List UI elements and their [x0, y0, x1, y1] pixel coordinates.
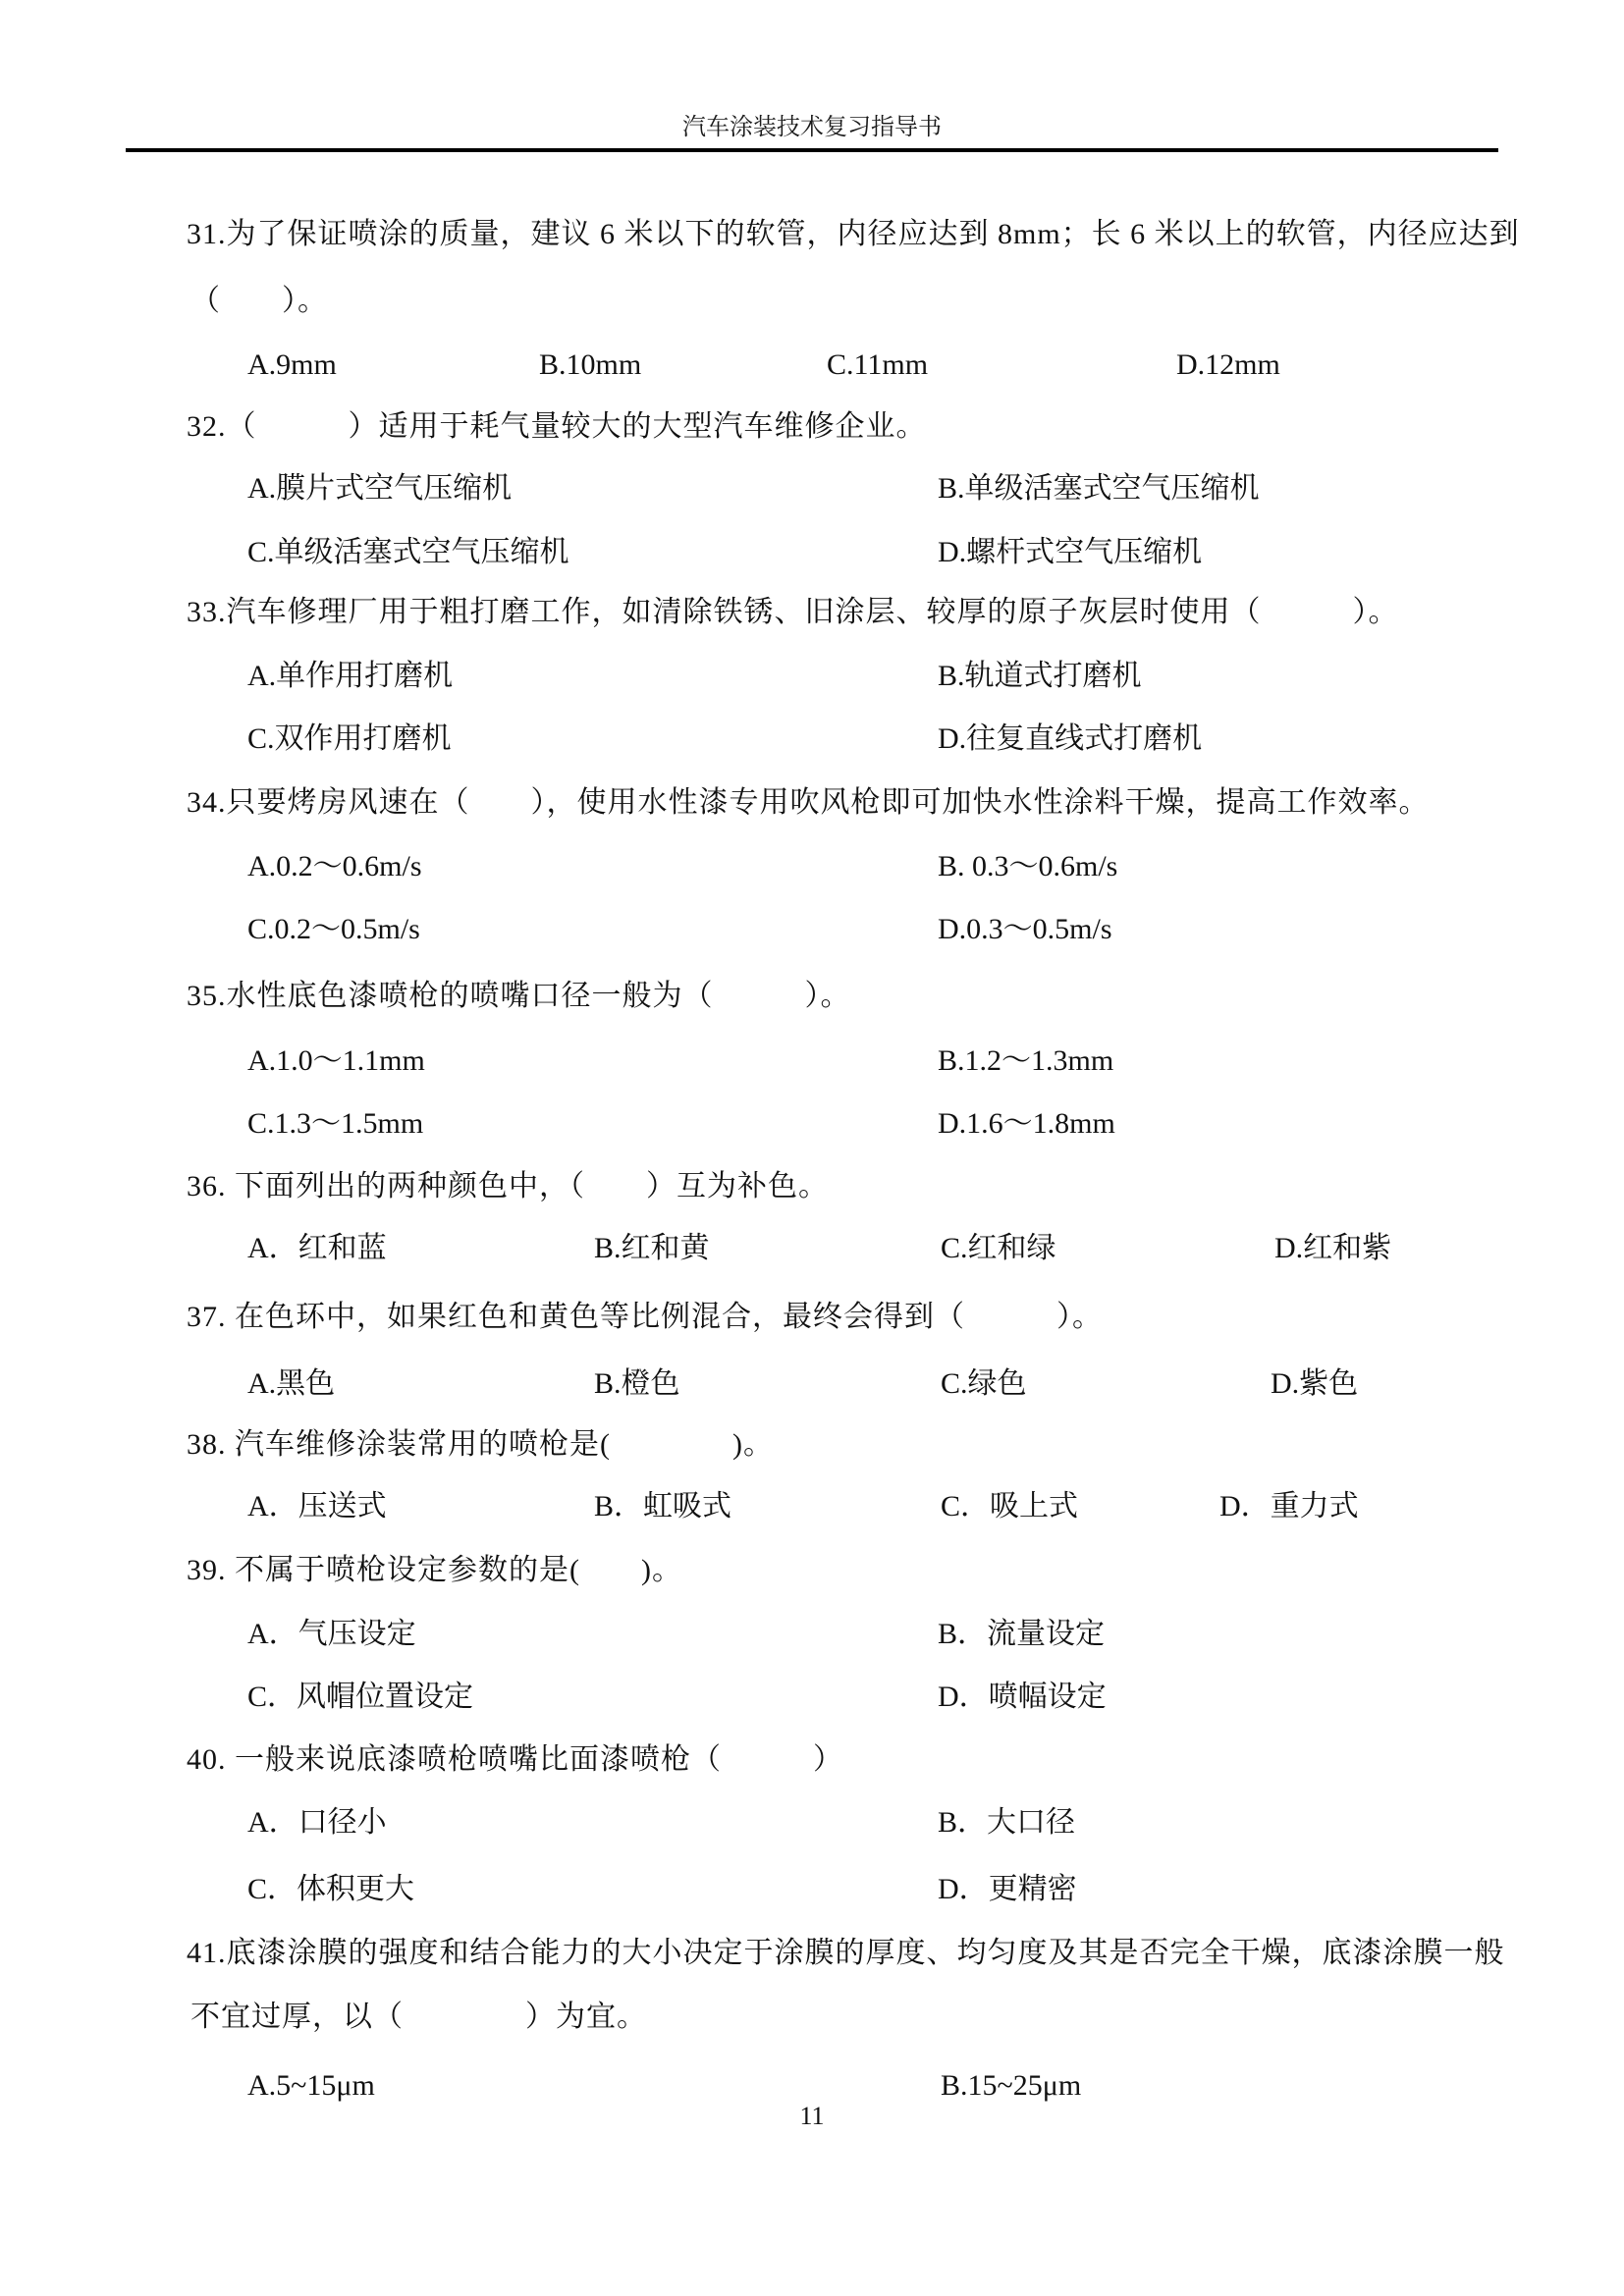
- question-36-stem: 36. 下面列出的两种颜色中，（ ）互为补色。: [187, 1170, 829, 1203]
- question-36-option-c: C.红和绿: [941, 1232, 1056, 1265]
- question-38-option-a: A．压送式: [247, 1490, 387, 1523]
- question-35-option-d: D.1.6～1.8mm: [938, 1107, 1115, 1141]
- question-31-option-b: B.10mm: [539, 348, 641, 382]
- question-37-option-c: C.绿色: [941, 1367, 1027, 1401]
- question-41-option-b: B.15~25μm: [941, 2069, 1081, 2103]
- question-35-option-b: B.1.2～1.3mm: [938, 1044, 1113, 1078]
- question-31-option-d: D.12mm: [1176, 348, 1280, 382]
- question-35-option-c: C.1.3～1.5mm: [247, 1107, 423, 1141]
- question-32-stem: 32.（ ）适用于耗气量较大的大型汽车维修企业。: [187, 410, 927, 444]
- question-37-stem: 37. 在色环中，如果红色和黄色等比例混合，最终会得到（ ）。: [187, 1301, 1103, 1334]
- question-36-option-b: B.红和黄: [594, 1232, 710, 1265]
- question-34-option-c: C.0.2～0.5m/s: [247, 913, 420, 946]
- question-37-option-d: D.紫色: [1271, 1367, 1358, 1401]
- question-31-stem-line2: （ ）。: [190, 285, 328, 318]
- question-40-stem: 40. 一般来说底漆喷枪喷嘴比面漆喷枪（ ）: [187, 1743, 843, 1777]
- question-33-option-b: B.轨道式打磨机: [938, 660, 1142, 693]
- question-39-option-b: B．流量设定: [938, 1618, 1105, 1651]
- question-38-option-b: B．虹吸式: [594, 1490, 731, 1523]
- question-36-option-d: D.红和紫: [1274, 1232, 1391, 1265]
- question-37-option-a: A.黑色: [247, 1367, 335, 1401]
- question-32-option-a: A.膜片式空气压缩机: [247, 472, 512, 506]
- question-34-option-b: B. 0.3～0.6m/s: [938, 850, 1117, 883]
- page-number: 11: [0, 2102, 1624, 2131]
- question-41-option-a: A.5~15μm: [247, 2069, 375, 2103]
- question-33-option-c: C.双作用打磨机: [247, 722, 452, 756]
- question-34-option-a: A.0.2～0.6m/s: [247, 850, 422, 883]
- question-40-option-c: C．体积更大: [247, 1873, 414, 1906]
- header-rule: [126, 148, 1498, 152]
- question-39-stem: 39. 不属于喷枪设定参数的是( )。: [187, 1554, 682, 1587]
- question-35-option-a: A.1.0～1.1mm: [247, 1044, 425, 1078]
- question-40-option-d: D．更精密: [938, 1873, 1077, 1906]
- question-32-option-c: C.单级活塞式空气压缩机: [247, 536, 569, 569]
- question-39-option-c: C．风帽位置设定: [247, 1681, 473, 1714]
- question-33-option-d: D.往复直线式打磨机: [938, 722, 1202, 756]
- question-33-option-a: A.单作用打磨机: [247, 660, 453, 693]
- question-38-stem: 38. 汽车维修涂装常用的喷枪是( )。: [187, 1428, 774, 1462]
- question-37-option-b: B.橙色: [594, 1367, 680, 1401]
- question-34-stem: 34.只要烤房风速在（ ），使用水性漆专用吹风枪即可加快水性涂料干燥，提高工作效…: [187, 786, 1430, 820]
- question-32-option-b: B.单级活塞式空气压缩机: [938, 472, 1260, 506]
- question-39-option-d: D．喷幅设定: [938, 1681, 1107, 1714]
- question-41-stem-line1: 41.底漆涂膜的强度和结合能力的大小决定于涂膜的厚度、均匀度及其是否完全干燥，底…: [187, 1937, 1505, 1970]
- question-31-stem-line1: 31.为了保证喷涂的质量，建议 6 米以下的软管，内径应达到 8mm；长 6 米…: [187, 218, 1520, 251]
- question-33-stem: 33.汽车修理厂用于粗打磨工作，如清除铁锈、旧涂层、较厚的原子灰层时使用（ ）。: [187, 596, 1399, 629]
- question-35-stem: 35.水性底色漆喷枪的喷嘴口径一般为（ ）。: [187, 980, 851, 1013]
- question-31-option-c: C.11mm: [827, 348, 928, 382]
- question-36-option-a: A．红和蓝: [247, 1232, 387, 1265]
- question-31-option-a: A.9mm: [247, 348, 337, 382]
- question-38-option-d: D．重力式: [1219, 1490, 1359, 1523]
- page-header-title: 汽车涂装技术复习指导书: [0, 114, 1624, 141]
- question-41-stem-line2: 不宜过厚，以（ ）为宜。: [190, 2001, 647, 2034]
- question-39-option-a: A．气压设定: [247, 1618, 416, 1651]
- question-38-option-c: C．吸上式: [941, 1490, 1078, 1523]
- question-40-option-a: A．口径小: [247, 1806, 387, 1840]
- document-page: 汽车涂装技术复习指导书 31.为了保证喷涂的质量，建议 6 米以下的软管，内径应…: [0, 0, 1624, 2296]
- question-32-option-d: D.螺杆式空气压缩机: [938, 536, 1202, 569]
- question-40-option-b: B．大口径: [938, 1806, 1075, 1840]
- question-34-option-d: D.0.3～0.5m/s: [938, 913, 1112, 946]
